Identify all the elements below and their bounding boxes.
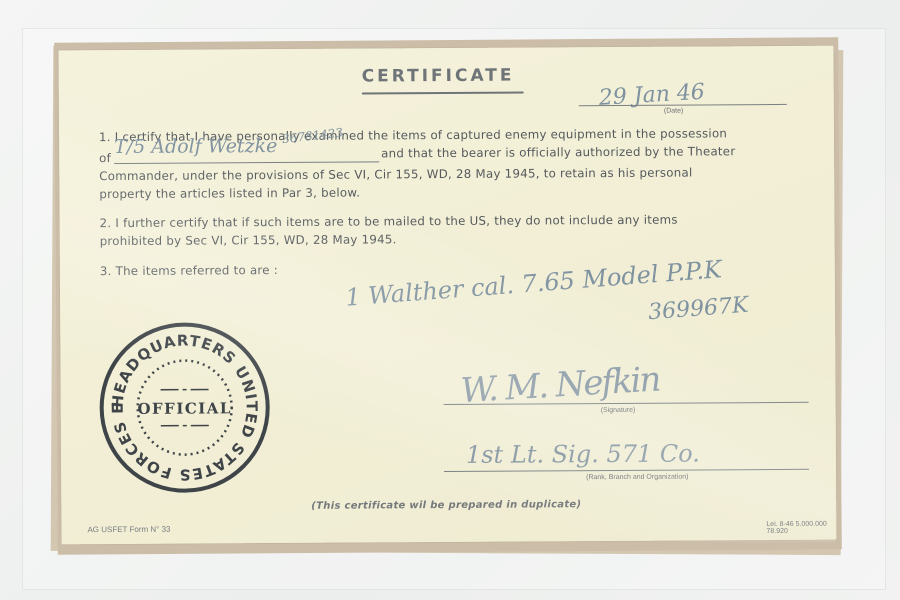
print-info: Lei. 8-46 5.000.000 78.920 <box>766 521 836 535</box>
form-number: AG USFET Form N° 33 <box>87 525 170 535</box>
handwritten-rank-organization: 1st Lt. Sig. 571 Co. <box>466 439 700 468</box>
paragraph-2-line-1: 2. I further certify that if such items … <box>100 213 678 231</box>
duplicate-note: (This certificate wil be prepared in dup… <box>311 499 581 512</box>
paragraph-1-line-3: Commander, under the provisions of Sec V… <box>99 166 692 184</box>
paragraph-3-label: 3. The items referred to are : <box>100 263 278 278</box>
svg-text:OFFICIAL: OFFICIAL <box>137 399 232 418</box>
handwritten-item-serial: 369967K <box>647 293 749 326</box>
paragraph-2-line-2: prohibited by Sec VI, Cir 155, WD, 28 Ma… <box>100 232 397 248</box>
possessor-fill-line <box>114 161 379 164</box>
paragraph-1-of: of <box>99 151 111 165</box>
signature-label: (Signature) <box>601 407 636 414</box>
handwritten-possessor-name: T/5 Adolf Wetzke <box>114 135 277 158</box>
rank-label: (Rank, Branch and Organization) <box>586 474 688 482</box>
paragraph-1-line-4: property the articles listed in Par 3, b… <box>99 186 360 202</box>
title-underline <box>362 92 524 95</box>
certificate-document: CERTIFICATE 29 Jan 46 (Date) 1. I certif… <box>58 46 836 545</box>
date-label: (Date) <box>664 108 683 115</box>
document-title: CERTIFICATE <box>362 66 515 87</box>
paragraph-1-line-2: and that the bearer is officially author… <box>381 144 735 160</box>
official-seal-stamp: HEADQUARTERS UNITED STATES FORCES EUROPE… <box>96 319 273 496</box>
handwritten-date: 29 Jan 46 <box>598 80 705 111</box>
rank-line <box>444 469 809 472</box>
